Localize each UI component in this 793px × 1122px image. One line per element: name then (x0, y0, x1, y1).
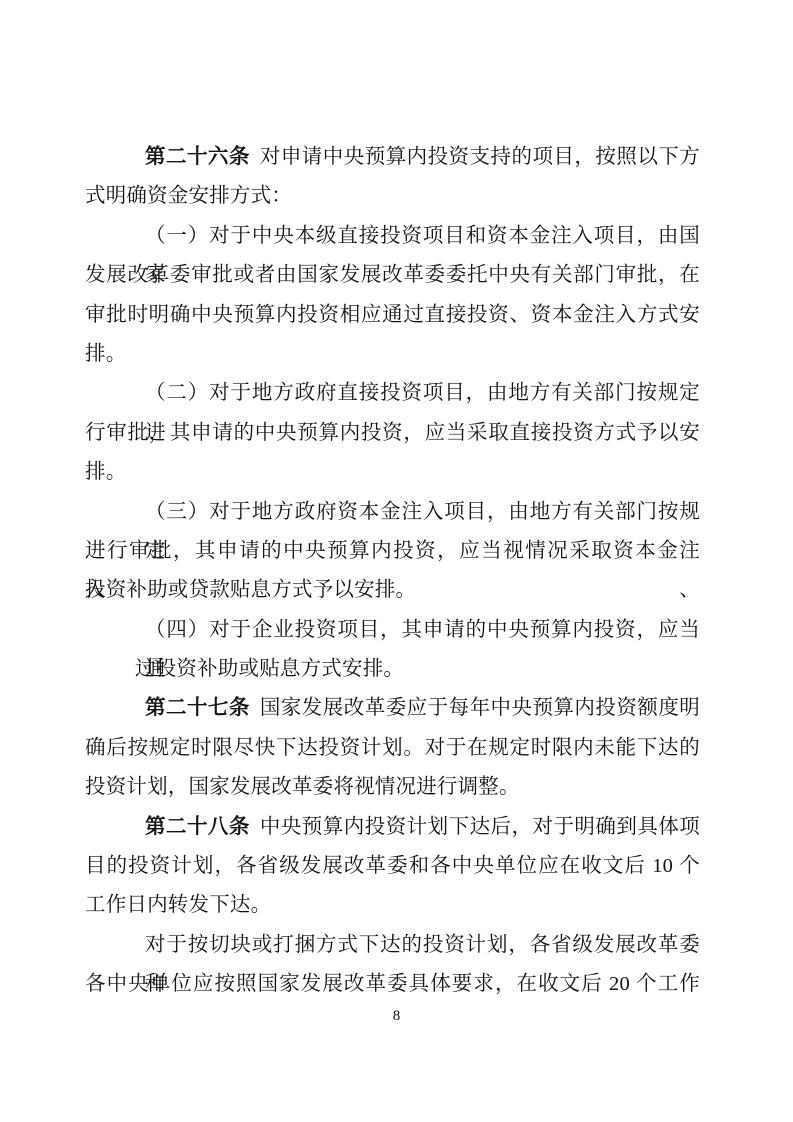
document-line: 投资计划，国家发展改革委将视情况进行调整。 (85, 768, 700, 807)
article-27: 第二十七条国家发展改革委应于每年中央预算内投资额度明确后按规定时限尽快下达投资计… (85, 689, 700, 807)
document-line: （三）对于地方政府资本金注入项目，由地方有关部门按规定 (85, 493, 700, 532)
document-line: 发展改革委审批或者由国家发展改革委委托中央有关部门审批，在 (85, 256, 700, 295)
document-page: 第二十六条对申请中央预算内投资支持的项目，按照以下方式明确资金安排方式：（一）对… (0, 0, 793, 1122)
document-line: 排。 (85, 335, 700, 374)
document-line: 各中央单位应按照国家发展改革委具体要求，在收文后 20 个工作 (85, 965, 700, 1004)
document-line: 工作日内转发下达。 (85, 886, 700, 925)
document-line: 第二十七条国家发展改革委应于每年中央预算内投资额度明 (85, 689, 700, 728)
article-26-item-2: （二）对于地方政府直接投资项目，由地方有关部门按规定进行审批，其申请的中央预算内… (85, 374, 700, 492)
article-number: 第二十六条 (145, 146, 250, 168)
document-line: 第二十六条对申请中央预算内投资支持的项目，按照以下方 (85, 138, 700, 177)
document-line: （一）对于中央本级直接投资项目和资本金注入项目，由国家 (85, 217, 700, 256)
document-line: 对于按切块或打捆方式下达的投资计划，各省级发展改革委和 (85, 926, 700, 965)
document-line: 第二十八条中央预算内投资计划下达后，对于明确到具体项 (85, 808, 700, 847)
article-26-item-4: （四）对于企业投资项目，其申请的中央预算内投资，应当通过投资补助或贴息方式安排。 (85, 611, 700, 690)
document-body: 第二十六条对申请中央预算内投资支持的项目，按照以下方式明确资金安排方式：（一）对… (85, 138, 700, 1005)
article-28: 第二十八条中央预算内投资计划下达后，对于明确到具体项目的投资计划，各省级发展改革… (85, 808, 700, 926)
article-26-item-3: （三）对于地方政府资本金注入项目，由地方有关部门按规定进行审批，其申请的中央预算… (85, 493, 700, 611)
article-26: 第二十六条对申请中央预算内投资支持的项目，按照以下方式明确资金安排方式： (85, 138, 700, 217)
document-line: 进行审批，其申请的中央预算内投资，应当视情况采取资本金注入、 (85, 532, 700, 571)
document-line: 行审批，其申请的中央预算内投资，应当采取直接投资方式予以安 (85, 414, 700, 453)
document-line: 目的投资计划，各省级发展改革委和各中央单位应在收文后 10 个 (85, 847, 700, 886)
document-line: 式明确资金安排方式： (85, 177, 700, 216)
article-28-para-2: 对于按切块或打捆方式下达的投资计划，各省级发展改革委和各中央单位应按照国家发展改… (85, 926, 700, 1005)
document-line: （二）对于地方政府直接投资项目，由地方有关部门按规定进 (85, 374, 700, 413)
document-line: 过投资补助或贴息方式安排。 (85, 650, 700, 689)
article-number: 第二十七条 (145, 697, 250, 719)
document-line: 审批时明确中央预算内投资相应通过直接投资、资本金注入方式安 (85, 296, 700, 335)
document-line: 确后按规定时限尽快下达投资计划。对于在规定时限内未能下达的 (85, 729, 700, 768)
article-number: 第二十八条 (145, 816, 250, 838)
document-line: 排。 (85, 453, 700, 492)
document-line: （四）对于企业投资项目，其申请的中央预算内投资，应当通 (85, 611, 700, 650)
article-26-item-1: （一）对于中央本级直接投资项目和资本金注入项目，由国家发展改革委审批或者由国家发… (85, 217, 700, 375)
page-number: 8 (0, 1006, 793, 1026)
